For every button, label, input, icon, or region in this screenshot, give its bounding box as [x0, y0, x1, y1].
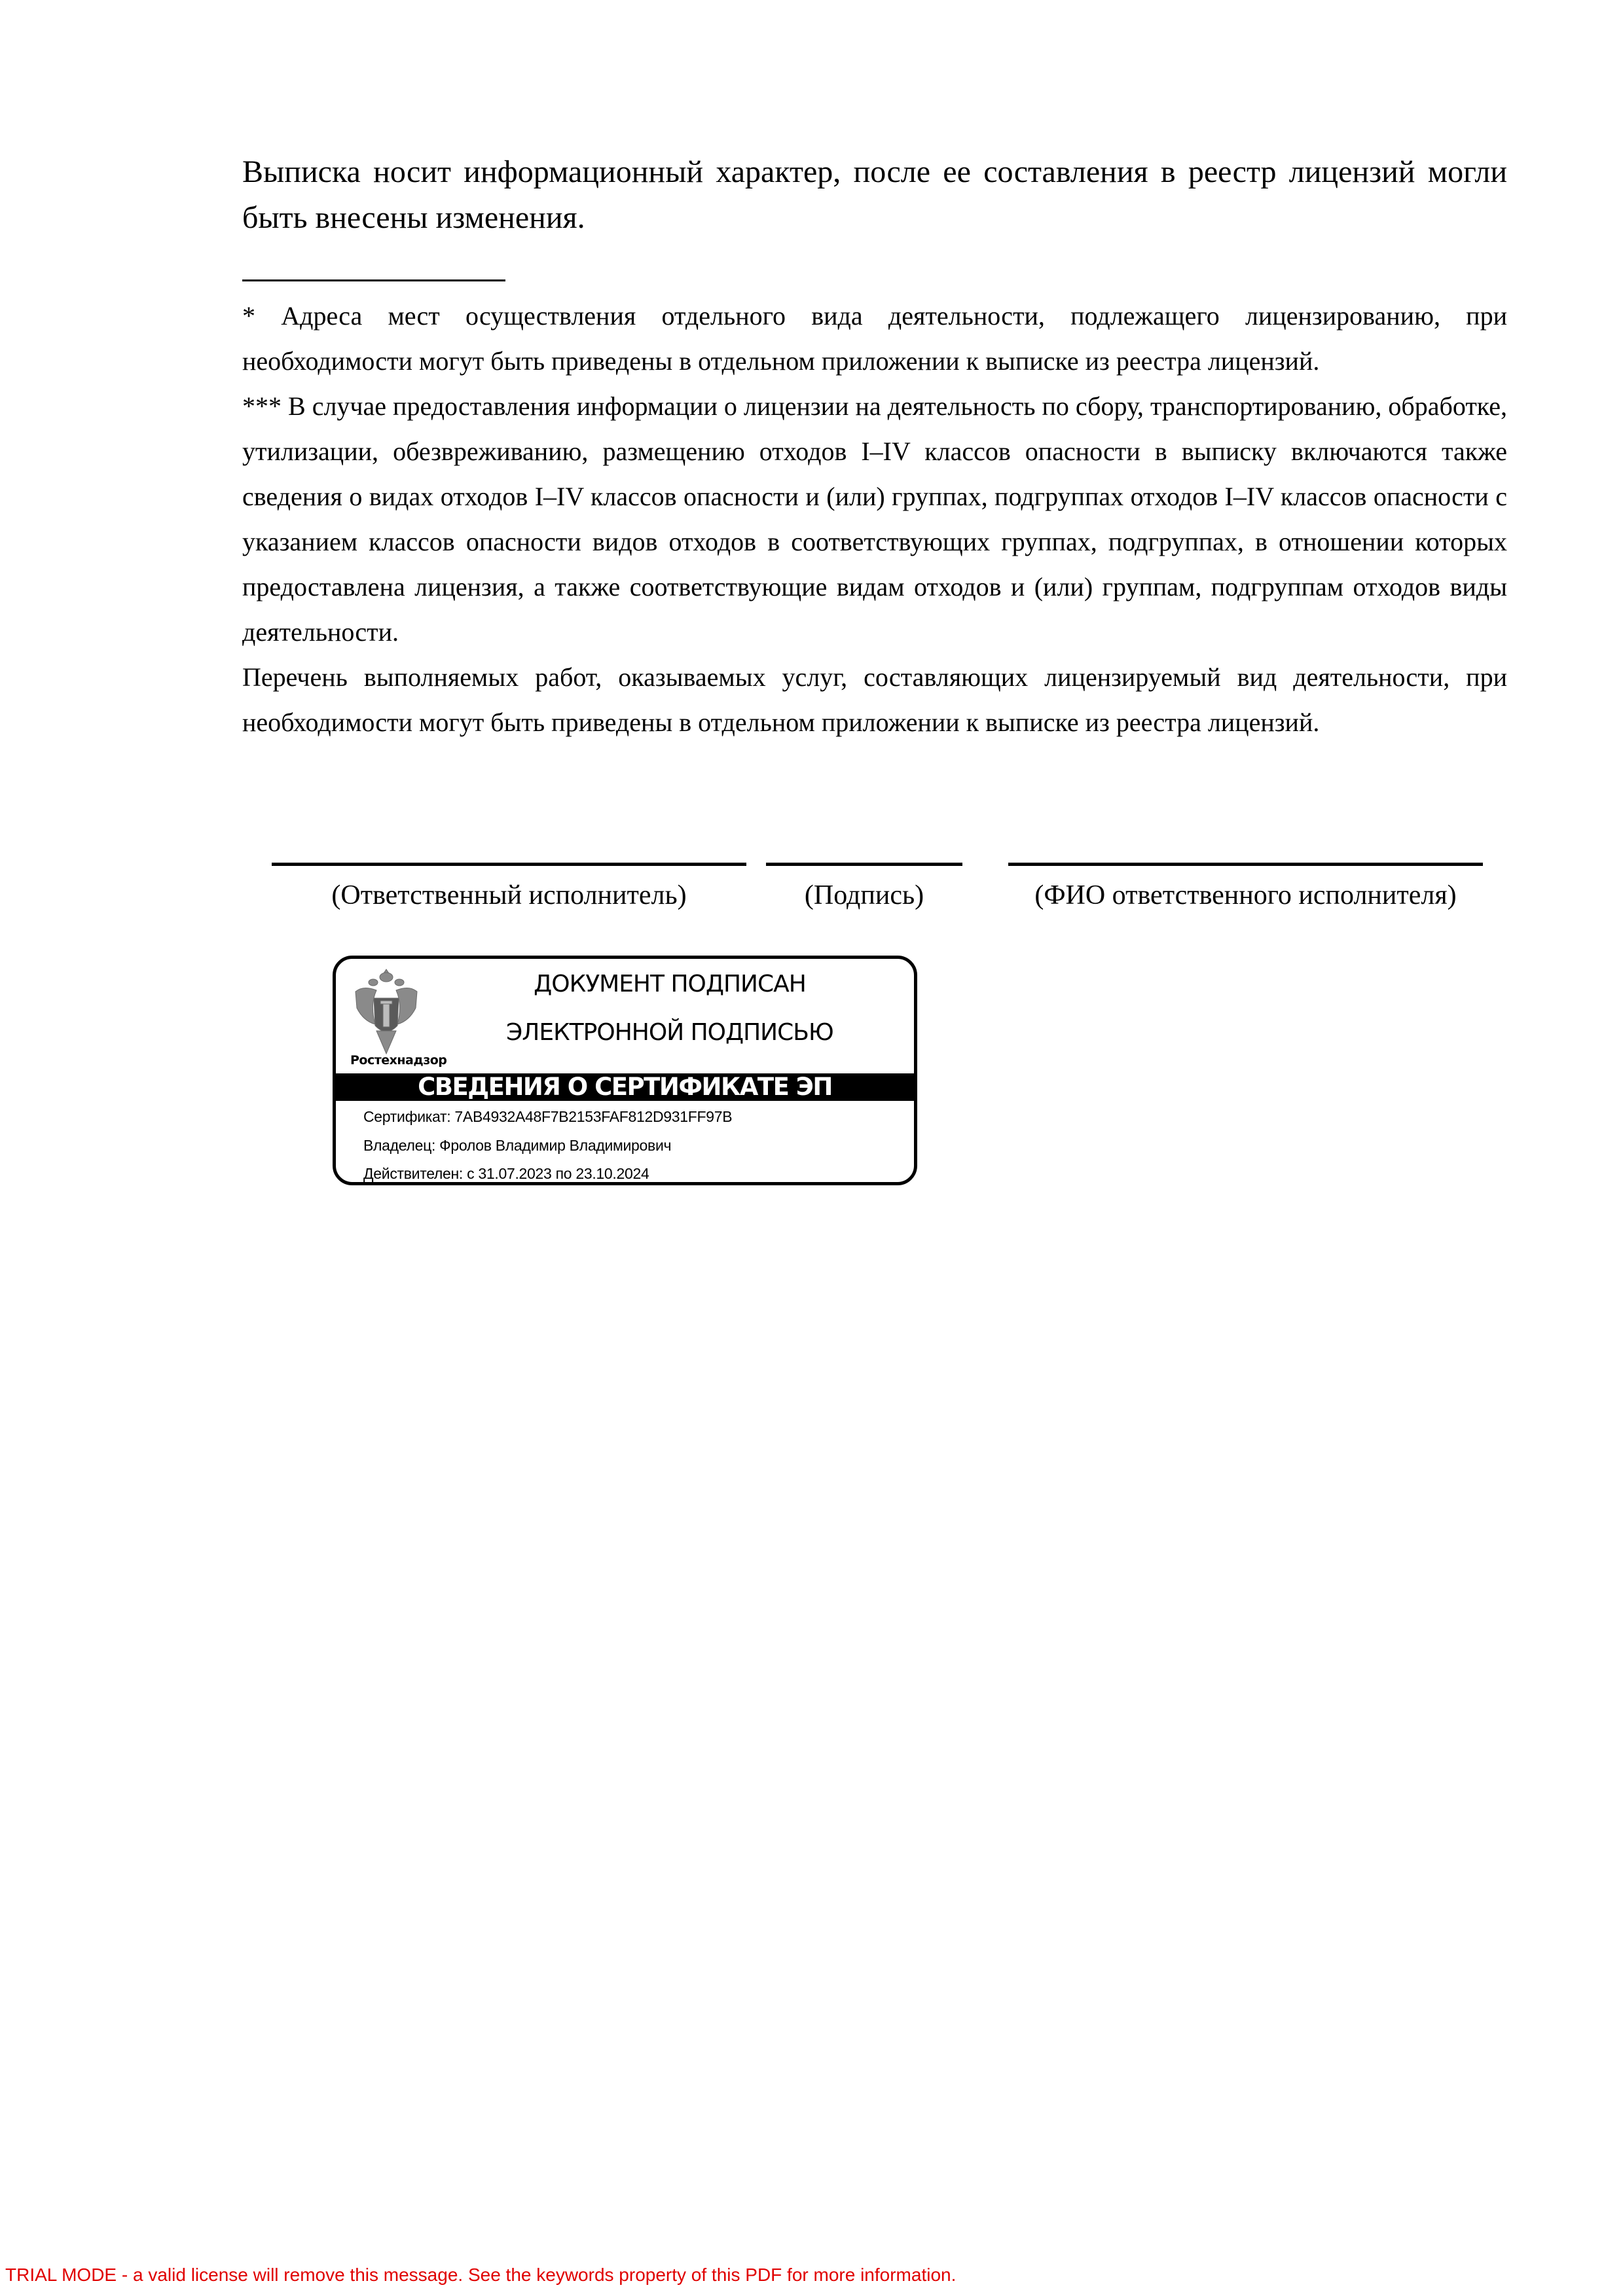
certificate-owner: Владелец: Фролов Владимир Владимирович: [363, 1137, 671, 1155]
executor-label: (Ответственный исполнитель): [272, 877, 746, 914]
footnote-separator: [242, 279, 505, 281]
stamp-title-line2: ЭЛЕКТРОННОЙ ПОДПИСЬЮ: [434, 1019, 905, 1046]
info-notice: Выписка носит информационный характер, п…: [242, 149, 1507, 241]
certificate-info-header: СВЕДЕНИЯ О СЕРТИФИКАТЕ ЭП: [336, 1073, 914, 1101]
signature-label: (Подпись): [766, 877, 962, 914]
footnote-waste: *** В случае предоставления информации о…: [242, 384, 1507, 655]
footnote-addresses: * Адреса мест осуществления отдельного в…: [242, 293, 1507, 384]
stamp-title-line1: ДОКУМЕНТ ПОДПИСАН: [434, 971, 905, 997]
certificate-validity: Действителен: с 31.07.2023 по 23.10.2024: [363, 1165, 649, 1183]
name-line: [1008, 863, 1483, 866]
signature-line: [766, 863, 962, 866]
name-label: (ФИО ответственного исполнителя): [1008, 877, 1483, 914]
executor-line: [272, 863, 746, 866]
org-name: Ростехнадзор: [350, 1053, 447, 1067]
footnotes: * Адреса мест осуществления отдельного в…: [242, 293, 1507, 745]
trial-mode-watermark: TRIAL MODE - a valid license will remove…: [5, 2265, 956, 2286]
e-signature-stamp: Ростехнадзор ДОКУМЕНТ ПОДПИСАН ЭЛЕКТРОНН…: [333, 956, 917, 1185]
footnote-works-list: Перечень выполняемых работ, оказываемых …: [242, 655, 1507, 745]
certificate-number: Сертификат: 7AB4932A48F7B2153FAF812D931F…: [363, 1108, 732, 1126]
double-headed-eagle-emblem-icon: [350, 965, 422, 1057]
